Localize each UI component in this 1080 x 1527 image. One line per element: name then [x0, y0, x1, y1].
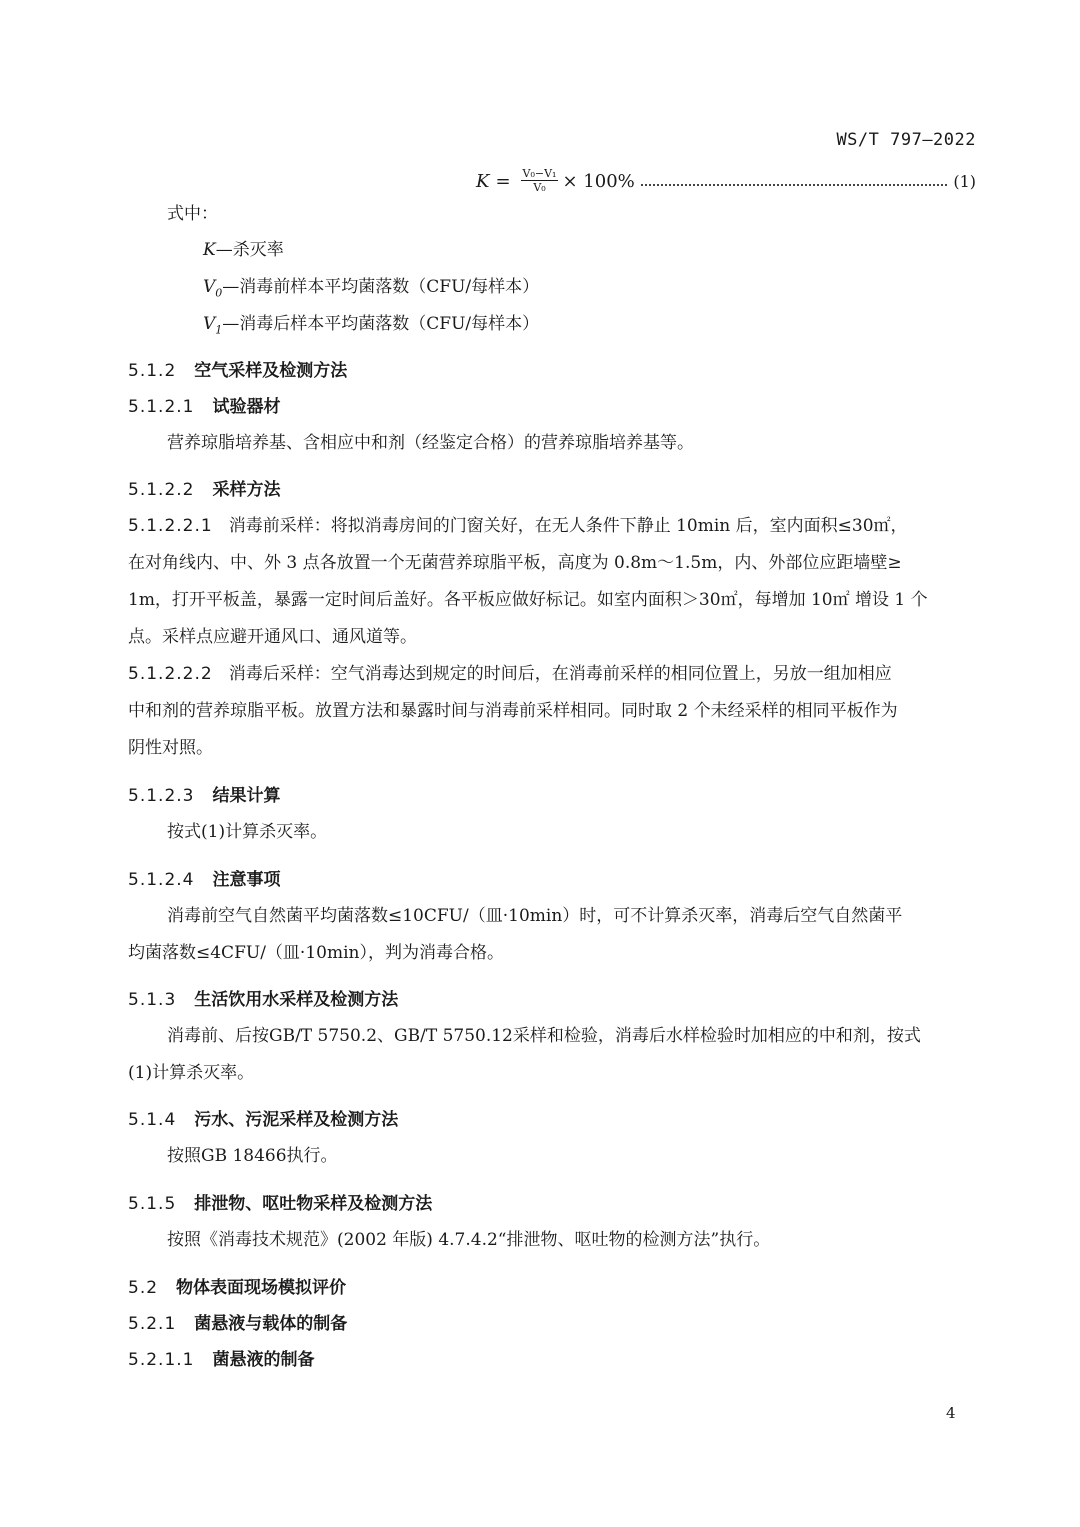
- formula-times: × 100%: [562, 171, 634, 192]
- text-5-1-2-3: 按式(1)计算杀灭率。: [167, 820, 327, 844]
- heading-5-1-2-4: 5.1.2.4注意事项: [128, 868, 280, 892]
- heading-5-1-4: 5.1.4污水、污泥采样及检测方法: [128, 1108, 398, 1132]
- formula-lhs: K: [476, 171, 489, 192]
- where-item-v1: V1—消毒后样本平均菌落数（CFU/每样本）: [203, 312, 539, 342]
- heading-5-1-2: 5.1.2空气采样及检测方法: [128, 359, 347, 383]
- dot-leader: [641, 184, 948, 186]
- heading-5-1-2-3: 5.1.2.3结果计算: [128, 784, 280, 808]
- formula-numerator: V₀−V₁: [521, 167, 559, 181]
- para-5-1-2-2-1-line1: 5.1.2.2.1消毒前采样：将拟消毒房间的门窗关好，在无人条件下静止 10mi…: [128, 514, 908, 538]
- formula-fraction: V₀−V₁ V₀: [521, 167, 559, 195]
- equation-number: (1): [953, 172, 976, 191]
- text-5-1-3-line1: 消毒前、后按GB/T 5750.2、GB/T 5750.12采样和检验，消毒后水…: [167, 1024, 921, 1048]
- para-5-1-2-2-1-line3: 1m，打开平板盖，暴露一定时间后盖好。各平板应做好标记。如室内面积＞30㎡，每增…: [128, 588, 928, 612]
- document-page: WS/T 797—2022 K = V₀−V₁ V₀ × 100% (1) 式中…: [0, 0, 1080, 1527]
- text-5-1-2-1: 营养琼脂培养基、含相应中和剂（经鉴定合格）的营养琼脂培养基等。: [167, 431, 694, 455]
- text-5-1-3-line2: (1)计算杀灭率。: [128, 1061, 254, 1085]
- text-5-1-4: 按照GB 18466执行。: [167, 1144, 338, 1168]
- where-label: 式中：: [167, 202, 218, 226]
- where-item-k: K—杀灭率: [203, 238, 284, 262]
- heading-5-1-3: 5.1.3生活饮用水采样及检测方法: [128, 988, 398, 1012]
- para-5-1-2-2-1-line2: 在对角线内、中、外 3 点各放置一个无菌营养琼脂平板，高度为 0.8m～1.5m…: [128, 551, 902, 575]
- heading-5-2-1-1: 5.2.1.1菌悬液的制备: [128, 1348, 314, 1372]
- para-5-1-2-2-2-line3: 阴性对照。: [128, 736, 213, 760]
- para-5-1-2-2-1-line4: 点。采样点应避开通风口、通风道等。: [128, 625, 417, 649]
- heading-5-2-1: 5.2.1菌悬液与载体的制备: [128, 1312, 347, 1336]
- para-5-1-2-2-2-line2: 中和剂的营养琼脂平板。放置方法和暴露时间与消毒前采样相同。同时取 2 个未经采样…: [128, 699, 898, 723]
- kill-rate-formula: K = V₀−V₁ V₀ × 100% (1): [476, 160, 976, 202]
- heading-5-1-5: 5.1.5排泄物、呕吐物采样及检测方法: [128, 1192, 432, 1216]
- heading-5-1-2-1: 5.1.2.1试验器材: [128, 395, 280, 419]
- para-5-1-2-2-2-line1: 5.1.2.2.2消毒后采样：空气消毒达到规定的时间后，在消毒前采样的相同位置上…: [128, 662, 892, 686]
- text-5-1-5: 按照《消毒技术规范》(2002 年版) 4.7.4.2“排泄物、呕吐物的检测方法…: [167, 1228, 770, 1252]
- page-number: 4: [946, 1404, 956, 1422]
- text-5-1-2-4-line1: 消毒前空气自然菌平均菌落数≤10CFU/（皿·10min）时，可不计算杀灭率，消…: [167, 904, 902, 928]
- heading-5-2: 5.2物体表面现场模拟评价: [128, 1276, 346, 1300]
- heading-5-1-2-2: 5.1.2.2采样方法: [128, 478, 280, 502]
- where-item-v0: V0—消毒前样本平均菌落数（CFU/每样本）: [203, 275, 539, 305]
- formula-equals: =: [495, 171, 510, 192]
- text-5-1-2-4-line2: 均菌落数≤4CFU/（皿·10min），判为消毒合格。: [128, 941, 504, 965]
- formula-denominator: V₀: [533, 181, 545, 195]
- standard-code: WS/T 797—2022: [836, 130, 976, 150]
